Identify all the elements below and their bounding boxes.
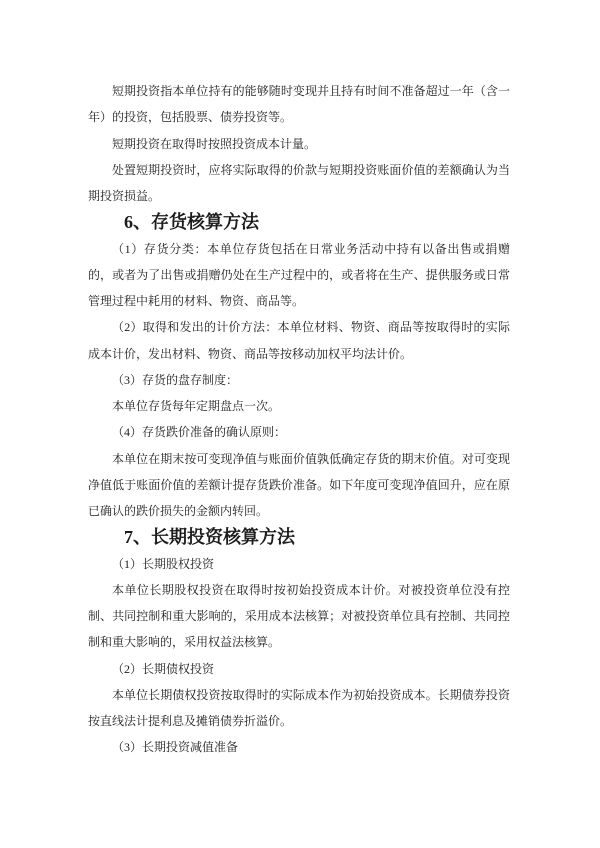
paragraph: 处置短期投资时，应将实际取得的价款与短期投资账面价值的差额确认为当期投资损益。: [88, 157, 510, 210]
paragraph: 短期投资指本单位持有的能够随时变现并且持有时间不准备超过一年（含一年）的投资，包…: [88, 78, 510, 131]
paragraph: 本单位长期股权投资在取得时按初始投资成本计价。对被投资单位没有控制、共同控制和重…: [88, 577, 510, 656]
paragraph: （3）长期投资减值准备: [88, 734, 510, 760]
paragraph: 短期投资在取得时按照投资成本计量。: [88, 131, 510, 157]
document-page: 短期投资指本单位持有的能够随时变现并且持有时间不准备超过一年（含一年）的投资，包…: [0, 0, 600, 848]
paragraph: （1）存货分类：本单位存货包括在日常业务活动中持有以备出售或捐赠的，或者为了出售…: [88, 236, 510, 315]
document-content: 短期投资指本单位持有的能够随时变现并且持有时间不准备超过一年（含一年）的投资，包…: [88, 78, 510, 761]
section-heading: 6、存货核算方法: [88, 209, 510, 235]
paragraph: 本单位存货每年定期盘点一次。: [88, 393, 510, 419]
paragraph: （1）长期股权投资: [88, 551, 510, 577]
paragraph: （4）存货跌价准备的确认原则：: [88, 419, 510, 445]
paragraph: （2）取得和发出的计价方法：本单位材料、物资、商品等按取得时的实际成本计价，发出…: [88, 314, 510, 367]
paragraph: （2）长期债权投资: [88, 656, 510, 682]
paragraph: （3）存货的盘存制度：: [88, 367, 510, 393]
paragraph: 本单位在期末按可变现净值与账面价值孰低确定存货的期末价值。对可变现净值低于账面价…: [88, 446, 510, 525]
section-heading: 7、长期投资核算方法: [88, 524, 510, 550]
paragraph: 本单位长期债权投资按取得时的实际成本作为初始投资成本。长期债券投资按直线法计提利…: [88, 682, 510, 735]
